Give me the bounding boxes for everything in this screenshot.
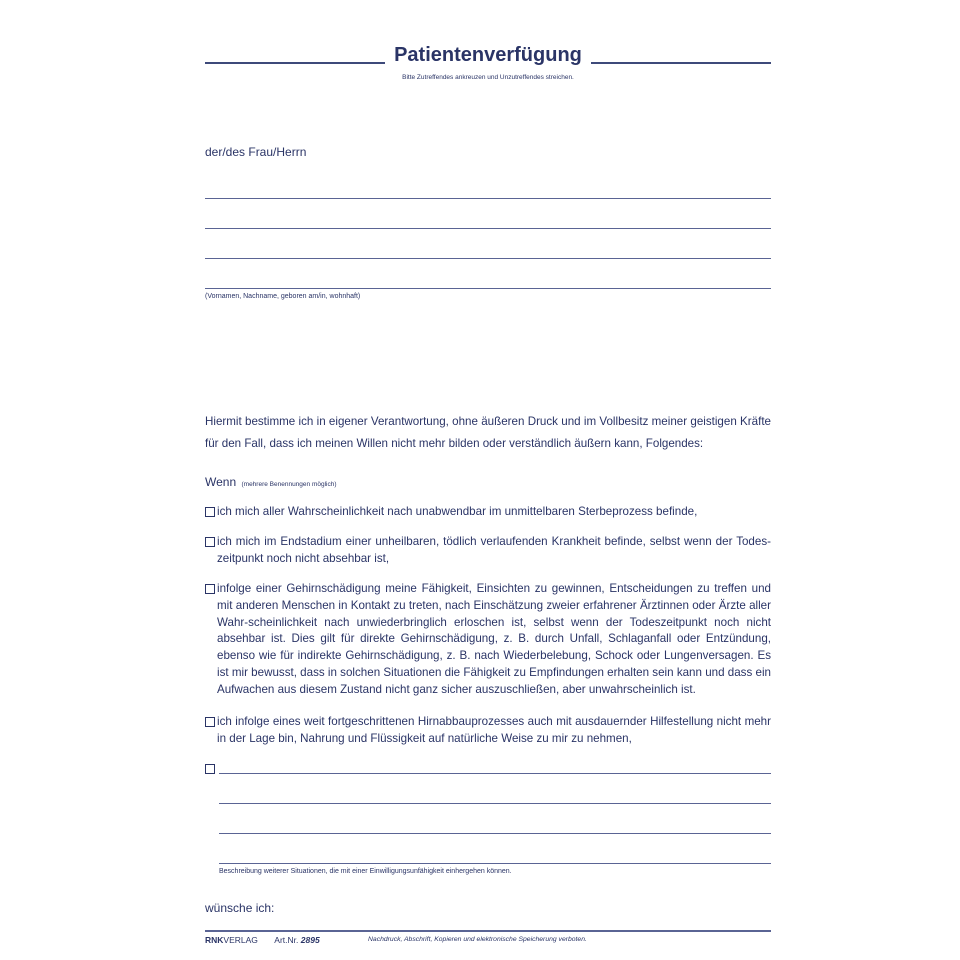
custom-condition-line-4[interactable] <box>219 863 771 864</box>
custom-condition-line-1[interactable] <box>219 773 771 774</box>
form-page: Patientenverfügung Bitte Zutreffendes an… <box>205 0 771 960</box>
checkbox-option-4[interactable] <box>205 717 215 727</box>
copyright-notice: Nachdruck, Abschrift, Kopieren und elekt… <box>368 936 587 943</box>
wish-label: wünsche ich: <box>205 901 274 915</box>
person-line-3[interactable] <box>205 258 771 259</box>
person-line-2[interactable] <box>205 228 771 229</box>
custom-condition-line-3[interactable] <box>219 833 771 834</box>
title-row: Patientenverfügung <box>205 44 771 68</box>
option-1-text: ich mich aller Wahrscheinlichkeit nach u… <box>217 504 771 521</box>
person-line-4[interactable] <box>205 288 771 289</box>
custom-condition-caption: Beschreibung weiterer Situationen, die m… <box>219 868 512 875</box>
custom-condition-line-2[interactable] <box>219 803 771 804</box>
condition-option-1: ich mich aller Wahrscheinlichkeit nach u… <box>205 504 771 521</box>
wish-line[interactable] <box>205 930 771 932</box>
intro-paragraph: Hiermit bestimme ich in eigener Verantwo… <box>205 411 771 454</box>
footer: RNKVERLAG Art.Nr. 2895 Nachdruck, Abschr… <box>205 935 771 945</box>
person-label: der/des Frau/Herrn <box>205 145 306 159</box>
conditions-heading-note: (mehrere Benennungen möglich) <box>241 481 336 488</box>
option-4-text: ich infolge eines weit fortgeschrittenen… <box>217 714 771 748</box>
checkbox-option-5[interactable] <box>205 764 215 774</box>
condition-option-2: ich mich im Endstadium einer unheilbaren… <box>205 534 771 568</box>
option-2-text: ich mich im Endstadium einer unheilbaren… <box>217 534 771 568</box>
checkbox-option-2[interactable] <box>205 537 215 547</box>
title-rule-right <box>591 62 771 64</box>
instructions: Bitte Zutreffendes ankreuzen und Unzutre… <box>205 74 771 81</box>
person-caption: (Vornamen, Nachname, geboren am/in, wohn… <box>205 293 360 300</box>
checkbox-option-1[interactable] <box>205 507 215 517</box>
checkbox-option-3[interactable] <box>205 584 215 594</box>
condition-option-3: infolge einer Gehirnschädigung meine Fäh… <box>205 581 771 699</box>
conditions-heading-text: Wenn <box>205 475 236 489</box>
person-line-1[interactable] <box>205 198 771 199</box>
title-rule-left <box>205 62 385 64</box>
publisher-brand: RNKVERLAG <box>205 935 258 945</box>
article-number: Art.Nr. 2895 <box>274 935 319 945</box>
option-3-text: infolge einer Gehirnschädigung meine Fäh… <box>217 581 771 699</box>
page-title: Patientenverfügung <box>390 44 586 67</box>
condition-option-4: ich infolge eines weit fortgeschrittenen… <box>205 714 771 748</box>
conditions-heading: Wenn (mehrere Benennungen möglich) <box>205 475 337 489</box>
